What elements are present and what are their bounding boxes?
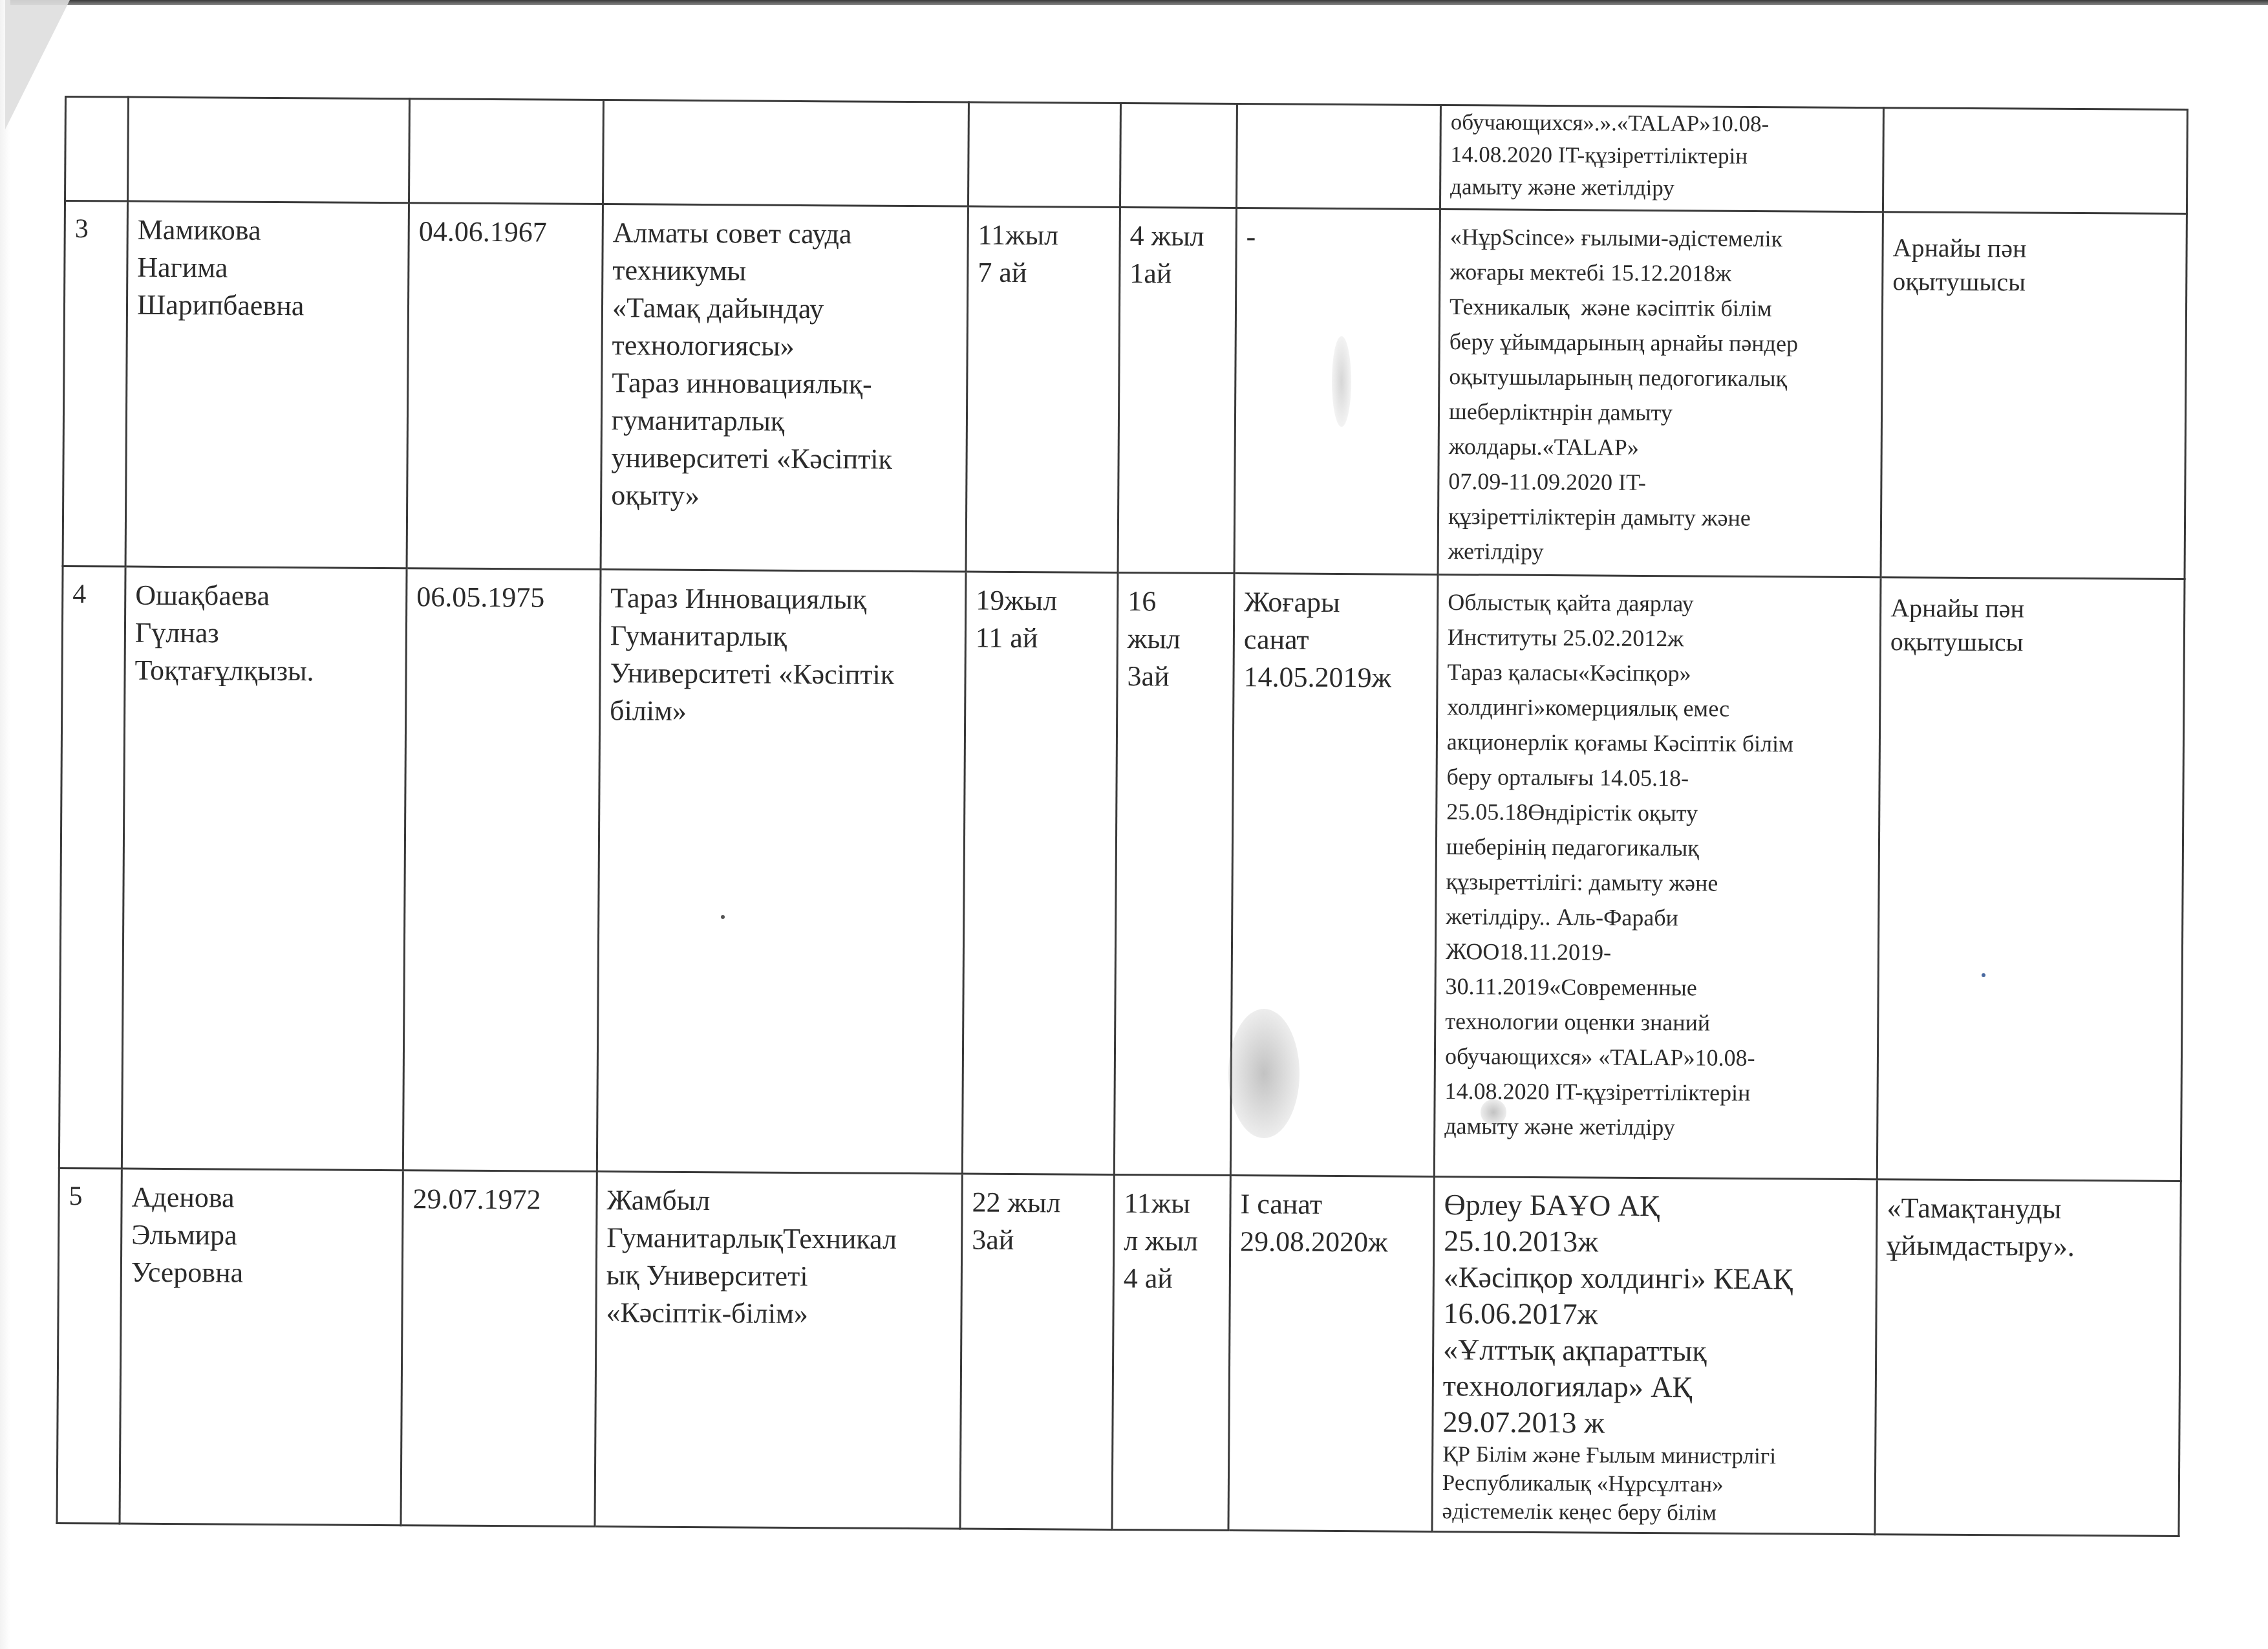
cell-position: «Тамақтануды ұйымдастыру». [1875, 1180, 2181, 1536]
cell-birth-date: 29.07.1972 [401, 1170, 597, 1527]
cell-birth-date: 04.06.1967 [407, 203, 603, 570]
cell-total-experience: 11жыл 7 ай [966, 206, 1120, 572]
staff-table: обучающихся».».«TALAP»10.08- 14.08.2020 … [56, 96, 2188, 1537]
scan-smudge [1332, 336, 1351, 427]
cell-teaching-experience [1120, 103, 1237, 208]
scan-smudge [1228, 1009, 1300, 1138]
cell-education: Жамбыл ГуманитарлықТехникал ық Университ… [595, 1172, 962, 1529]
cell-total-experience: 19жыл 11 ай [962, 572, 1118, 1174]
table-row-continued: обучающихся».».«TALAP»10.08- 14.08.2020 … [65, 97, 2188, 214]
scan-corner-fold [5, 0, 70, 129]
cell-total-experience: 22 жыл 3ай [960, 1174, 1114, 1529]
cell-name: Аденова Эльмира Усеровна [120, 1169, 403, 1525]
cell-position: Арнайы пән оқытушысы [1881, 212, 2187, 579]
cell-number [65, 97, 129, 202]
cell-education: Тараз Инновациялық Гуманитарлық Универси… [597, 570, 966, 1174]
cell-courses: «НұрScince» ғылыми-әдістемелік жоғары ме… [1438, 209, 1883, 577]
scan-ink-dot [721, 915, 725, 919]
cell-education: Алматы совет сауда техникумы «Тамақ дайы… [601, 204, 968, 572]
table-row: 5 Аденова Эльмира Усеровна 29.07.1972 Жа… [57, 1168, 2181, 1536]
cell-category [1236, 104, 1440, 210]
table-row: 4 Ошақбаева Гүлназ Тоқтағұлқызы. 06.05.1… [59, 566, 2185, 1181]
cell-position: Арнайы пән оқытушысы [1877, 577, 2185, 1181]
cell-teaching-experience: 16 жыл 3ай [1114, 572, 1234, 1175]
cell-courses: Облыстық қайта даярлау Институты 25.02.2… [1434, 574, 1881, 1179]
cell-birth-date: 06.05.1975 [403, 568, 601, 1172]
cell-name [128, 97, 410, 203]
cell-education [603, 100, 968, 206]
scan-ink-dot [1982, 973, 1985, 977]
cell-teaching-experience: 4 жыл 1ай [1118, 207, 1236, 573]
cell-name: Ошақбаева Гүлназ Тоқтағұлқызы. [122, 566, 407, 1170]
cell-teaching-experience: 11жы л жыл 4 ай [1112, 1174, 1230, 1530]
cell-position [1883, 108, 2187, 214]
courses-extra-block: ҚР Білім және Ғылым министрлігі Республи… [1442, 1440, 1867, 1528]
cell-name: Мамикова Нагима Шарипбаевна [125, 201, 409, 568]
scan-smudge [1481, 1099, 1506, 1125]
table-row: 3 Мамикова Нагима Шарипбаевна 04.06.1967… [63, 201, 2187, 579]
cell-number: 4 [59, 566, 125, 1169]
cell-birth-date [409, 99, 603, 204]
scan-left-edge [0, 0, 10, 1649]
cell-number: 5 [57, 1168, 122, 1524]
cell-courses: обучающихся».».«TALAP»10.08- 14.08.2020 … [1440, 105, 1883, 212]
cell-category: I санат 29.08.2020ж [1228, 1176, 1434, 1532]
cell-number: 3 [63, 201, 127, 567]
courses-main-block: Өрлеу БАҰО АҚ 25.10.2013ж «Кәсіпқор холд… [1442, 1187, 1868, 1443]
document-sheet: обучающихся».».«TALAP»10.08- 14.08.2020 … [56, 96, 2187, 1537]
cell-courses: Өрлеу БАҰО АҚ 25.10.2013ж «Кәсіпқор холд… [1432, 1176, 1877, 1534]
cell-total-experience [968, 102, 1120, 207]
scan-top-edge [0, 0, 2268, 5]
